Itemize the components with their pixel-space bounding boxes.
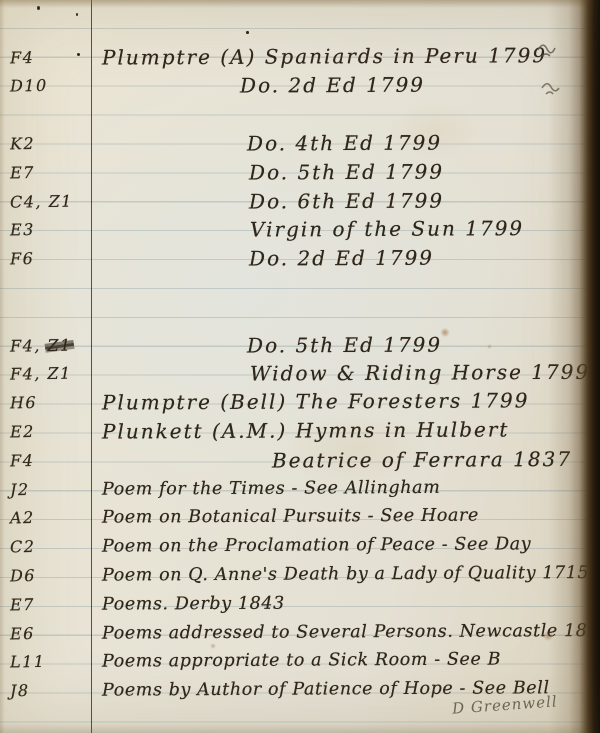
shelfmark-code: D6 xyxy=(10,566,36,585)
catalog-entry-row: F4Plumptre (A) Spaniards in Peru 1799 xyxy=(0,44,600,72)
page-top-edge xyxy=(0,0,600,8)
shelfmark-code: E2 xyxy=(10,422,35,441)
entry-title: Do. 6th Ed 1799 xyxy=(249,188,444,213)
shelfmark-code: F4, Z1 xyxy=(10,364,72,384)
catalog-entries: F4Plumptre (A) Spaniards in Peru 1799D10… xyxy=(0,0,600,733)
page-left-edge xyxy=(0,0,5,733)
entry-title: Poem for the Times - See Allingham xyxy=(102,477,440,499)
ledger-page: F4Plumptre (A) Spaniards in Peru 1799D10… xyxy=(0,0,600,733)
catalog-entry-row: F4Beatrice of Ferrara 1837 xyxy=(0,447,600,475)
shelfmark-code: A2 xyxy=(10,508,35,527)
entry-title: Poems. Derby 1843 xyxy=(102,593,285,614)
catalog-entry-row: A2Poem on Botanical Pursuits - See Hoare xyxy=(0,504,600,532)
shelfmark-code: C2 xyxy=(10,537,36,556)
catalog-entry-row: E6Poems addressed to Several Persons. Ne… xyxy=(0,620,600,648)
entry-title: Beatrice of Ferrara 1837 xyxy=(272,447,572,473)
entry-title: Plumptre (A) Spaniards in Peru 1799 xyxy=(102,43,547,69)
catalog-entry-row: D6Poem on Q. Anne's Death by a Lady of Q… xyxy=(0,562,600,590)
entry-title: Widow & Riding Horse 1799 xyxy=(250,360,590,386)
catalog-entry-row: E3Virgin of the Sun 1799 xyxy=(0,216,600,244)
entry-title: Plumptre (Bell) The Foresters 1799 xyxy=(102,388,530,414)
struck-shelfmark-part: Z1 xyxy=(47,335,72,354)
catalog-entry-row: F4, Z1Widow & Riding Horse 1799 xyxy=(0,360,600,388)
catalog-entry-row: E7Poems. Derby 1843 xyxy=(0,591,600,619)
shelfmark-code: E7 xyxy=(10,595,35,614)
entry-title: Virgin of the Sun 1799 xyxy=(250,216,524,241)
entry-title: Poem on Q. Anne's Death by a Lady of Qua… xyxy=(102,563,589,586)
catalog-entry-row: H6Plumptre (Bell) The Foresters 1799 xyxy=(0,389,600,417)
entry-title: Poem on Botanical Pursuits - See Hoare xyxy=(102,506,479,528)
shelfmark-code: F4 xyxy=(10,451,35,470)
catalog-entry-row: E7Do. 5th Ed 1799 xyxy=(0,159,600,187)
shelfmark-code: F6 xyxy=(10,249,35,268)
page-bottom-edge xyxy=(0,723,600,733)
catalog-entry-row: K2Do. 4th Ed 1799 xyxy=(0,130,600,158)
catalog-entry-row: C2Poem on the Proclamation of Peace - Se… xyxy=(0,533,600,561)
shelfmark-code: C4, Z1 xyxy=(10,191,73,211)
entry-title: Plunkett (A.M.) Hymns in Hulbert xyxy=(102,417,510,443)
shelfmark-code: L11 xyxy=(10,652,46,672)
shelfmark-code: F4 xyxy=(10,48,35,67)
shelfmark-code: D10 xyxy=(10,76,48,96)
entry-title: Do. 4th Ed 1799 xyxy=(247,130,442,155)
entry-title: Poem on the Proclamation of Peace - See … xyxy=(102,535,531,557)
shelfmark-code: E6 xyxy=(10,623,35,642)
book-binding-edge xyxy=(548,0,600,733)
shelfmark-code: K2 xyxy=(10,134,35,153)
catalog-entry-row: L11Poems appropriate to a Sick Room - Se… xyxy=(0,648,600,676)
catalog-entry-row: D10Do. 2d Ed 1799 xyxy=(0,72,600,100)
entry-title: Poems addressed to Several Persons. Newc… xyxy=(102,621,600,644)
shelfmark-code: H6 xyxy=(10,393,37,412)
catalog-entry-row: J2Poem for the Times - See Allingham xyxy=(0,476,600,504)
catalog-entry-row: F4, Z1Do. 5th Ed 1799 xyxy=(0,332,600,360)
entry-title: Do. 2d Ed 1799 xyxy=(240,73,425,98)
catalog-entry-row: C4, Z1Do. 6th Ed 1799 xyxy=(0,188,600,216)
catalog-entry-row: F6Do. 2d Ed 1799 xyxy=(0,245,600,273)
entry-title: Poems appropriate to a Sick Room - See B xyxy=(102,650,501,672)
entry-title: Do. 5th Ed 1799 xyxy=(247,332,442,357)
shelfmark-code: F4, Z1 xyxy=(10,335,72,355)
shelfmark-code: J2 xyxy=(10,480,30,499)
entry-title: Do. 2d Ed 1799 xyxy=(249,246,434,271)
shelfmark-code: E7 xyxy=(10,163,35,182)
shelfmark-code: J8 xyxy=(10,681,30,700)
shelfmark-code: E3 xyxy=(10,220,35,239)
catalog-entry-row: E2Plunkett (A.M.) Hymns in Hulbert xyxy=(0,418,600,446)
entry-title: Do. 5th Ed 1799 xyxy=(249,159,444,184)
